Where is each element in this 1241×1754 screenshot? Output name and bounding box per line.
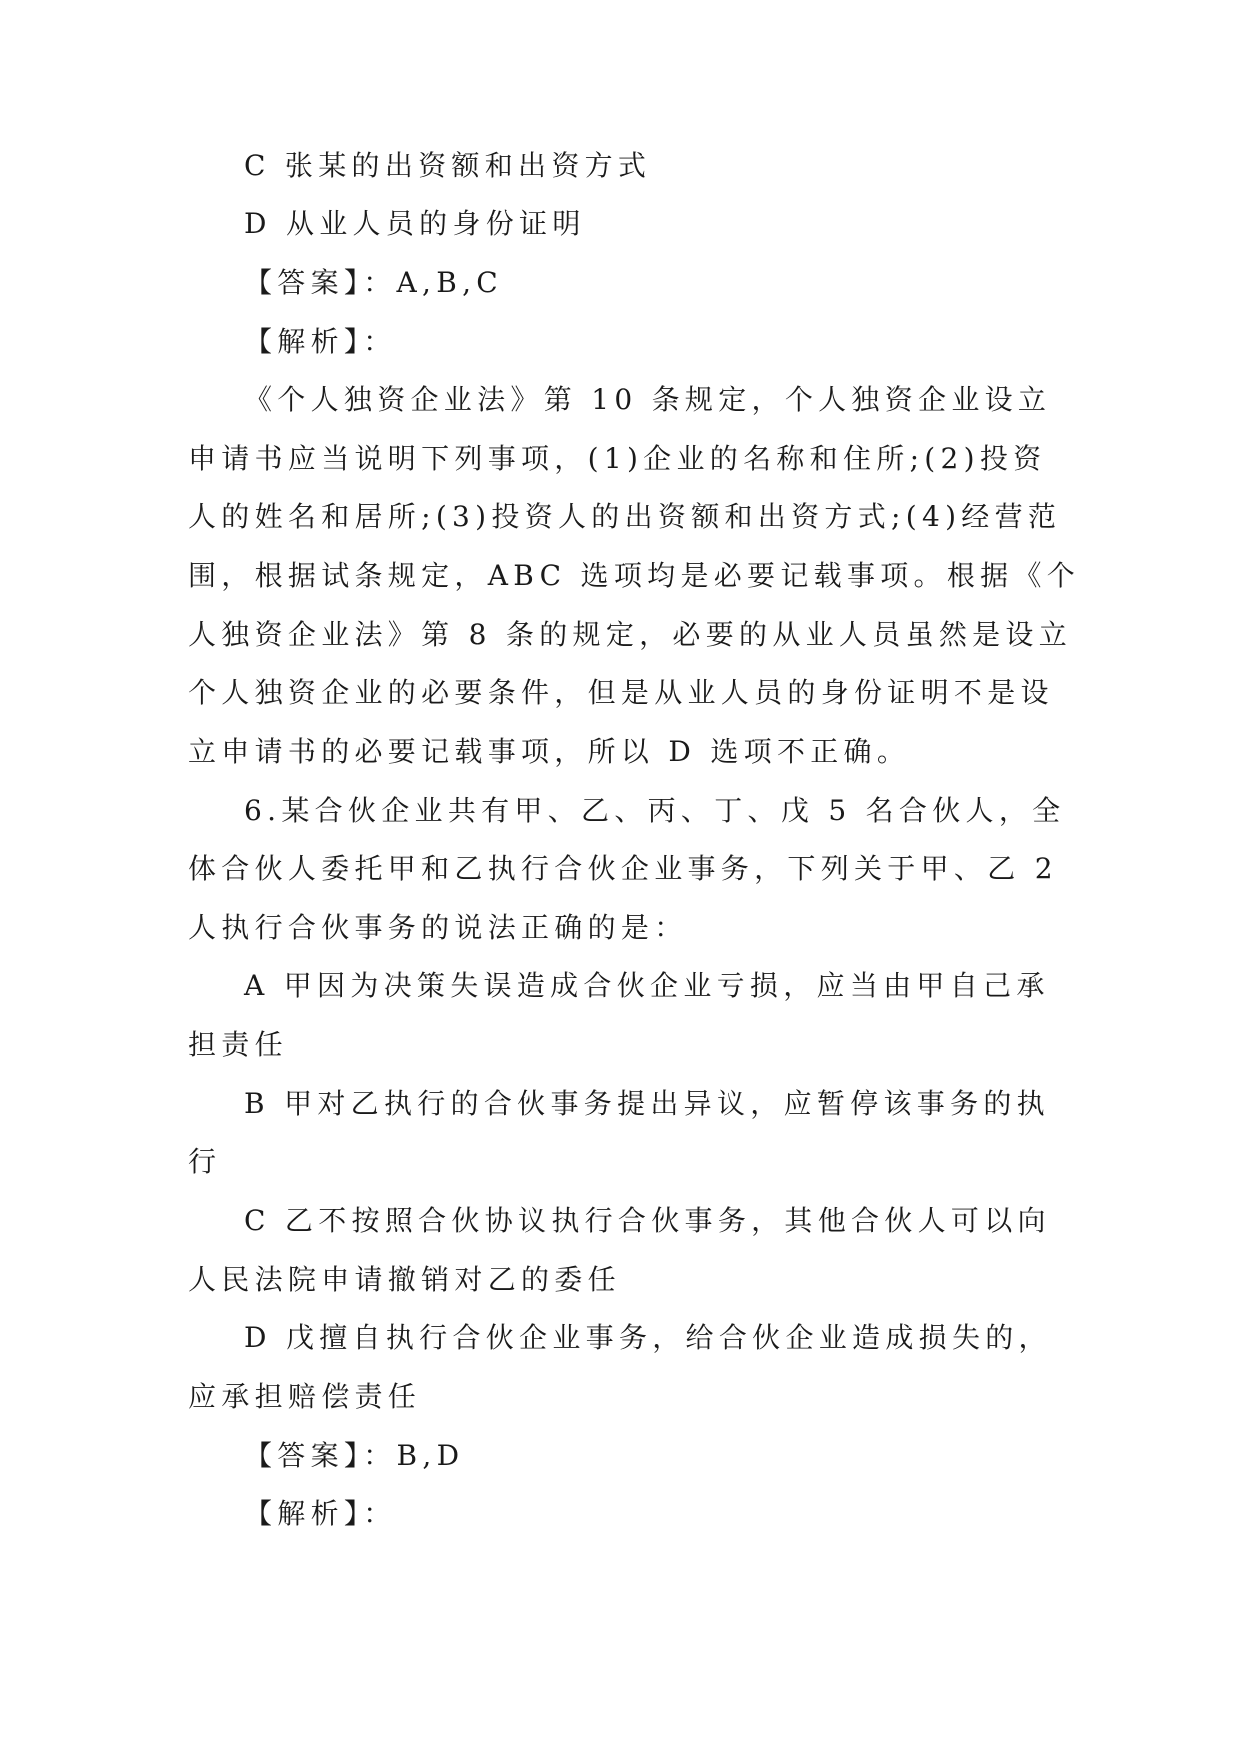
- analysis-heading-q6: 【解析】：: [244, 1494, 1058, 1534]
- analysis-text-line: 立申请书的必要记载事项，所以 D 选项不正确。: [188, 732, 1058, 772]
- option-d-previous: D 从业人员的身份证明: [244, 204, 1058, 244]
- option-d: D 戊擅自执行合伙企业事务，给合伙企业造成损失的，: [244, 1318, 1058, 1358]
- option-c: C 乙不按照合伙协议执行合伙事务，其他合伙人可以向: [244, 1201, 1058, 1241]
- analysis-text-line: 人的姓名和居所;(3)投资人的出资额和出资方式;(4)经营范: [188, 497, 1058, 537]
- option-a: A 甲因为决策失误造成合伙企业亏损，应当由甲自己承: [244, 966, 1058, 1006]
- option-c-previous: C 张某的出资额和出资方式: [244, 146, 1058, 186]
- analysis-text-line: 《个人独资企业法》第 10 条规定，个人独资企业设立: [244, 380, 1058, 420]
- answer-q6: 【答案】：B,D: [244, 1436, 1058, 1476]
- question-6-text: 人执行合伙事务的说法正确的是：: [188, 908, 1058, 948]
- answer-previous: 【答案】：A,B,C: [244, 263, 1058, 303]
- analysis-text-line: 人独资企业法》第 8 条的规定，必要的从业人员虽然是设立: [188, 615, 1058, 655]
- question-6-text: 体合伙人委托甲和乙执行合伙企业事务，下列关于甲、乙 2: [188, 849, 1058, 889]
- option-b: B 甲对乙执行的合伙事务提出异议，应暂停该事务的执: [244, 1084, 1058, 1124]
- option-a-cont: 担责任: [188, 1025, 1058, 1065]
- document-page: C 张某的出资额和出资方式 D 从业人员的身份证明 【答案】：A,B,C 【解析…: [0, 0, 1241, 1754]
- analysis-text-line: 个人独资企业的必要条件，但是从业人员的身份证明不是设: [188, 673, 1058, 713]
- analysis-text-line: 围，根据试条规定，ABC 选项均是必要记载事项。根据《个: [188, 556, 1058, 596]
- analysis-text-line: 申请书应当说明下列事项，(1)企业的名称和住所;(2)投资: [188, 439, 1058, 479]
- option-c-cont: 人民法院申请撤销对乙的委任: [188, 1260, 1058, 1300]
- option-b-cont: 行: [188, 1142, 1058, 1182]
- option-d-cont: 应承担赔偿责任: [188, 1377, 1058, 1417]
- analysis-heading-previous: 【解析】：: [244, 322, 1058, 362]
- question-6-text: 6.某合伙企业共有甲、乙、丙、丁、戊 5 名合伙人，全: [244, 791, 1058, 831]
